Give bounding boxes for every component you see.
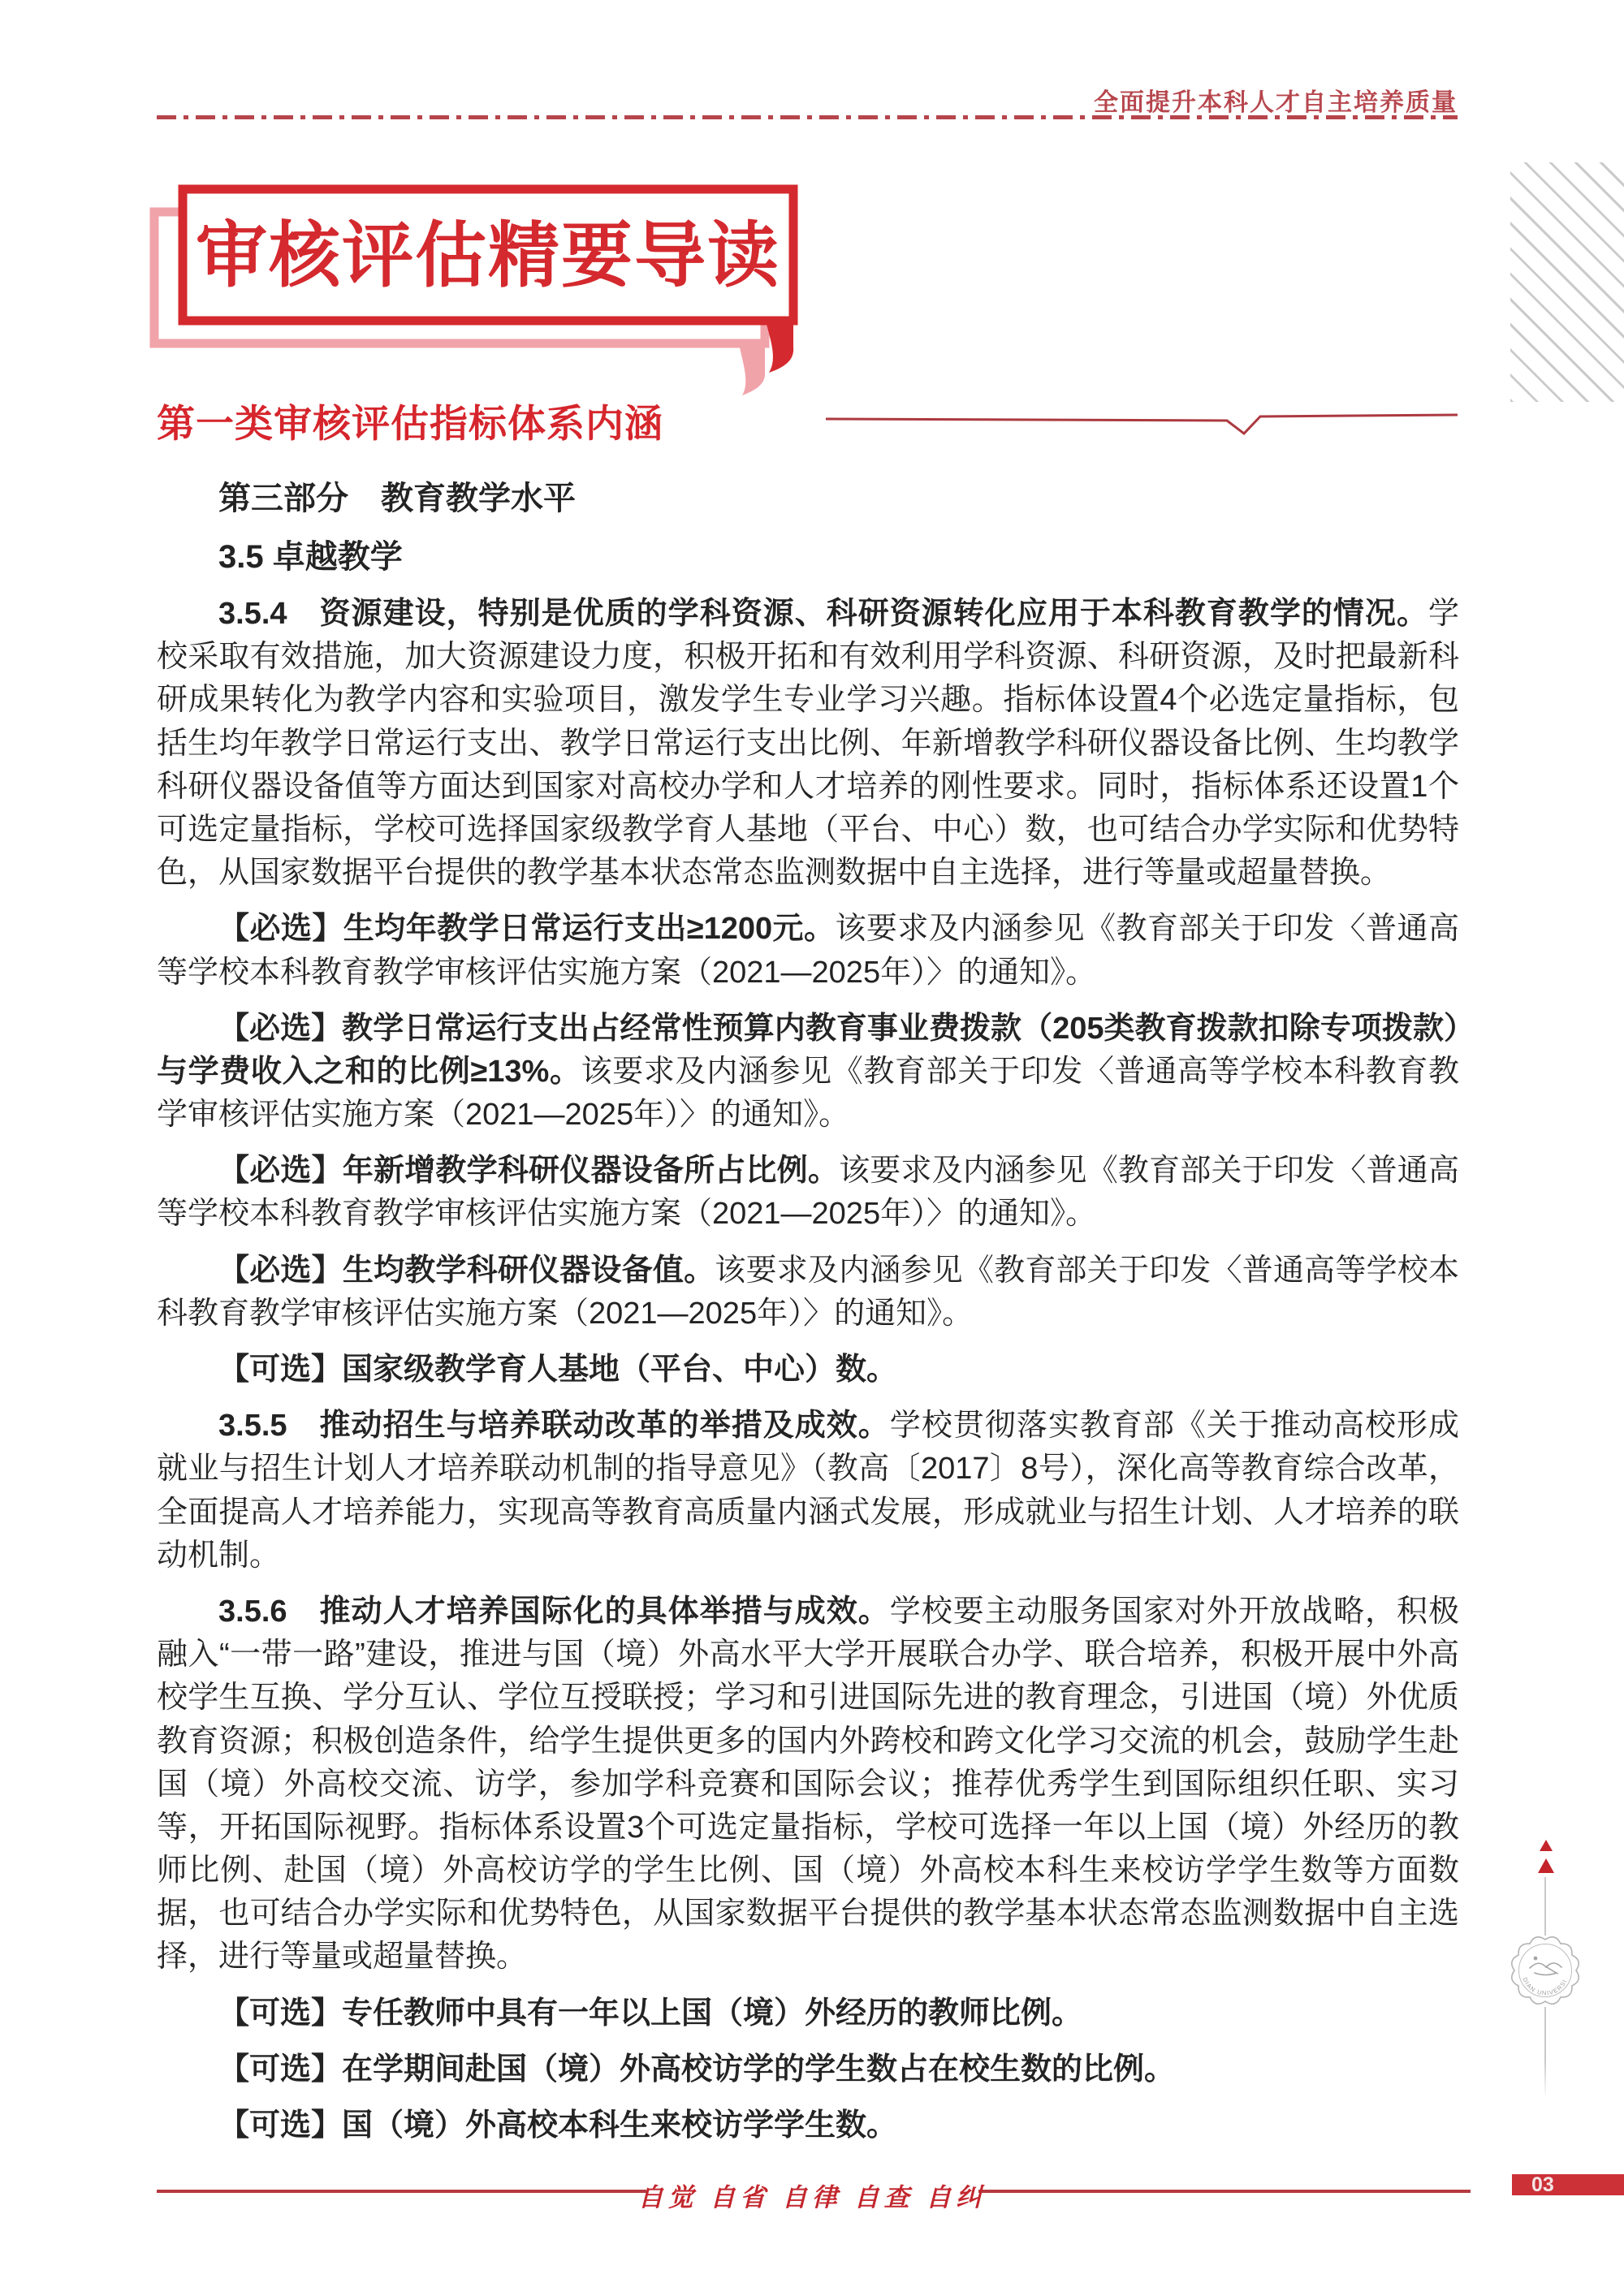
page-number-badge: 03: [1512, 2174, 1624, 2195]
paragraph-3-5-6: 3.5.6 推动人才培养国际化的具体举措与成效。学校要主动服务国家对外开放战略，…: [157, 1590, 1459, 1979]
paragraph-3-5-4: 3.5.4 资源建设，特别是优质的学科资源、科研资源转化应用于本科教育教学的情况…: [157, 593, 1459, 895]
paragraph-lead: 【可选】国家级教学育人基地（平台、中心）数。: [218, 1353, 897, 1387]
rail-line-upper: [1544, 1877, 1546, 1936]
paragraph-lead: 【必选】生均年教学日常运行支出≥1200元。: [218, 912, 835, 946]
arrow-up-icon: [1538, 1858, 1554, 1873]
seal-caption: XIDIAN UNIVERSITY: [1521, 1965, 1569, 1996]
seal-inner-ring: [1519, 1944, 1572, 1997]
paragraph-lead: 【必选】年新增教学科研仪器设备所占比例。: [218, 1154, 839, 1188]
footer-motto: 自觉 自省 自律 自查 自纠: [0, 2177, 1624, 2213]
document-page: { "colors": { "bright_red": "#d4292e", "…: [0, 0, 1624, 2296]
title-banner: 审核评估精要导读: [122, 166, 853, 410]
body-content: 第三部分 教育教学水平 3.5 卓越教学 3.5.4 资源建设，特别是优质的学科…: [157, 473, 1459, 2160]
corner-hatch-pattern: [1510, 162, 1624, 402]
arrow-up-icon: [1540, 1840, 1553, 1851]
banner-pink-tail: [739, 343, 765, 395]
svg-text:XIDIAN UNIVERSITY: XIDIAN UNIVERSITY: [1521, 1965, 1569, 1996]
subhead-part: 第三部分 教育教学水平: [157, 476, 1459, 521]
paragraph-body: 学校要主动服务国家对外开放战略，积极融入“一带一路”建设，推进与国（境）外高水平…: [157, 1595, 1459, 1974]
header-dash-divider: [157, 115, 1458, 119]
required-item-3: 【必选】年新增教学科研仪器设备所占比例。该要求及内涵参见《教育部关于印发〈普通高…: [157, 1150, 1459, 1236]
paragraph-lead: 【可选】专任教师中具有一年以上国（境）外经历的教师比例。: [218, 1996, 1082, 2031]
required-item-4: 【必选】生均教学科研仪器设备值。该要求及内涵参见《教育部关于印发〈普通高等学校本…: [157, 1249, 1459, 1336]
optional-item-1: 【可选】国家级教学育人基地（平台、中心）数。: [157, 1349, 1459, 1392]
seal-dot: [1534, 1957, 1538, 1961]
paragraph-lead: 3.5.5 推动招生与培养联动改革的举措及成效。: [218, 1409, 890, 1443]
paragraph-lead: 3.5.4 资源建设，特别是优质的学科资源、科研资源转化应用于本科教育教学的情况…: [218, 597, 1428, 631]
optional-item-3: 【可选】在学期间赴国（境）外高校访学的学生数占在校生数的比例。: [157, 2048, 1459, 2091]
banner-red-tail: [766, 321, 793, 373]
paragraph-body: 学校采取有效措施，加大资源建设力度，积极开拓和有效利用学科资源、科研资源，及时把…: [157, 597, 1459, 890]
university-seal: XIDIAN UNIVERSITY: [1511, 1936, 1579, 2005]
header-slogan: 全面提升本科人才自主培养质量: [1094, 82, 1458, 118]
required-item-2: 【必选】教学日常运行支出占经常性预算内教育事业费拨款（205类教育拨款扣除专项拨…: [157, 1008, 1459, 1137]
required-item-1: 【必选】生均年教学日常运行支出≥1200元。该要求及内涵参见《教育部关于印发〈普…: [157, 908, 1459, 994]
paragraph-lead: 【必选】生均教学科研仪器设备值。: [218, 1254, 715, 1288]
optional-item-2: 【可选】专任教师中具有一年以上国（境）外经历的教师比例。: [157, 1992, 1459, 2035]
paragraph-3-5-5: 3.5.5 推动招生与培养联动改革的举措及成效。学校贯彻落实教育部《关于推动高校…: [157, 1405, 1459, 1577]
subhead-clause: 3.5 卓越教学: [157, 534, 1459, 580]
rail-line-lower: [1544, 2007, 1546, 2098]
paragraph-lead: 【可选】在学期间赴国（境）外高校访学的学生数占在校生数的比例。: [218, 2052, 1175, 2087]
section-heading-rule: [824, 406, 1459, 438]
optional-item-4: 【可选】国（境）外高校本科生来校访学学生数。: [157, 2104, 1459, 2147]
bird-icon: [1530, 1963, 1561, 1975]
banner-title: 审核评估精要导读: [196, 218, 780, 296]
paragraph-lead: 【可选】国（境）外高校本科生来校访学学生数。: [218, 2108, 897, 2143]
section-heading: 第一类审核评估指标体系内涵: [157, 394, 663, 448]
paragraph-lead: 3.5.6 推动人才培养国际化的具体举措与成效。: [218, 1595, 890, 1629]
